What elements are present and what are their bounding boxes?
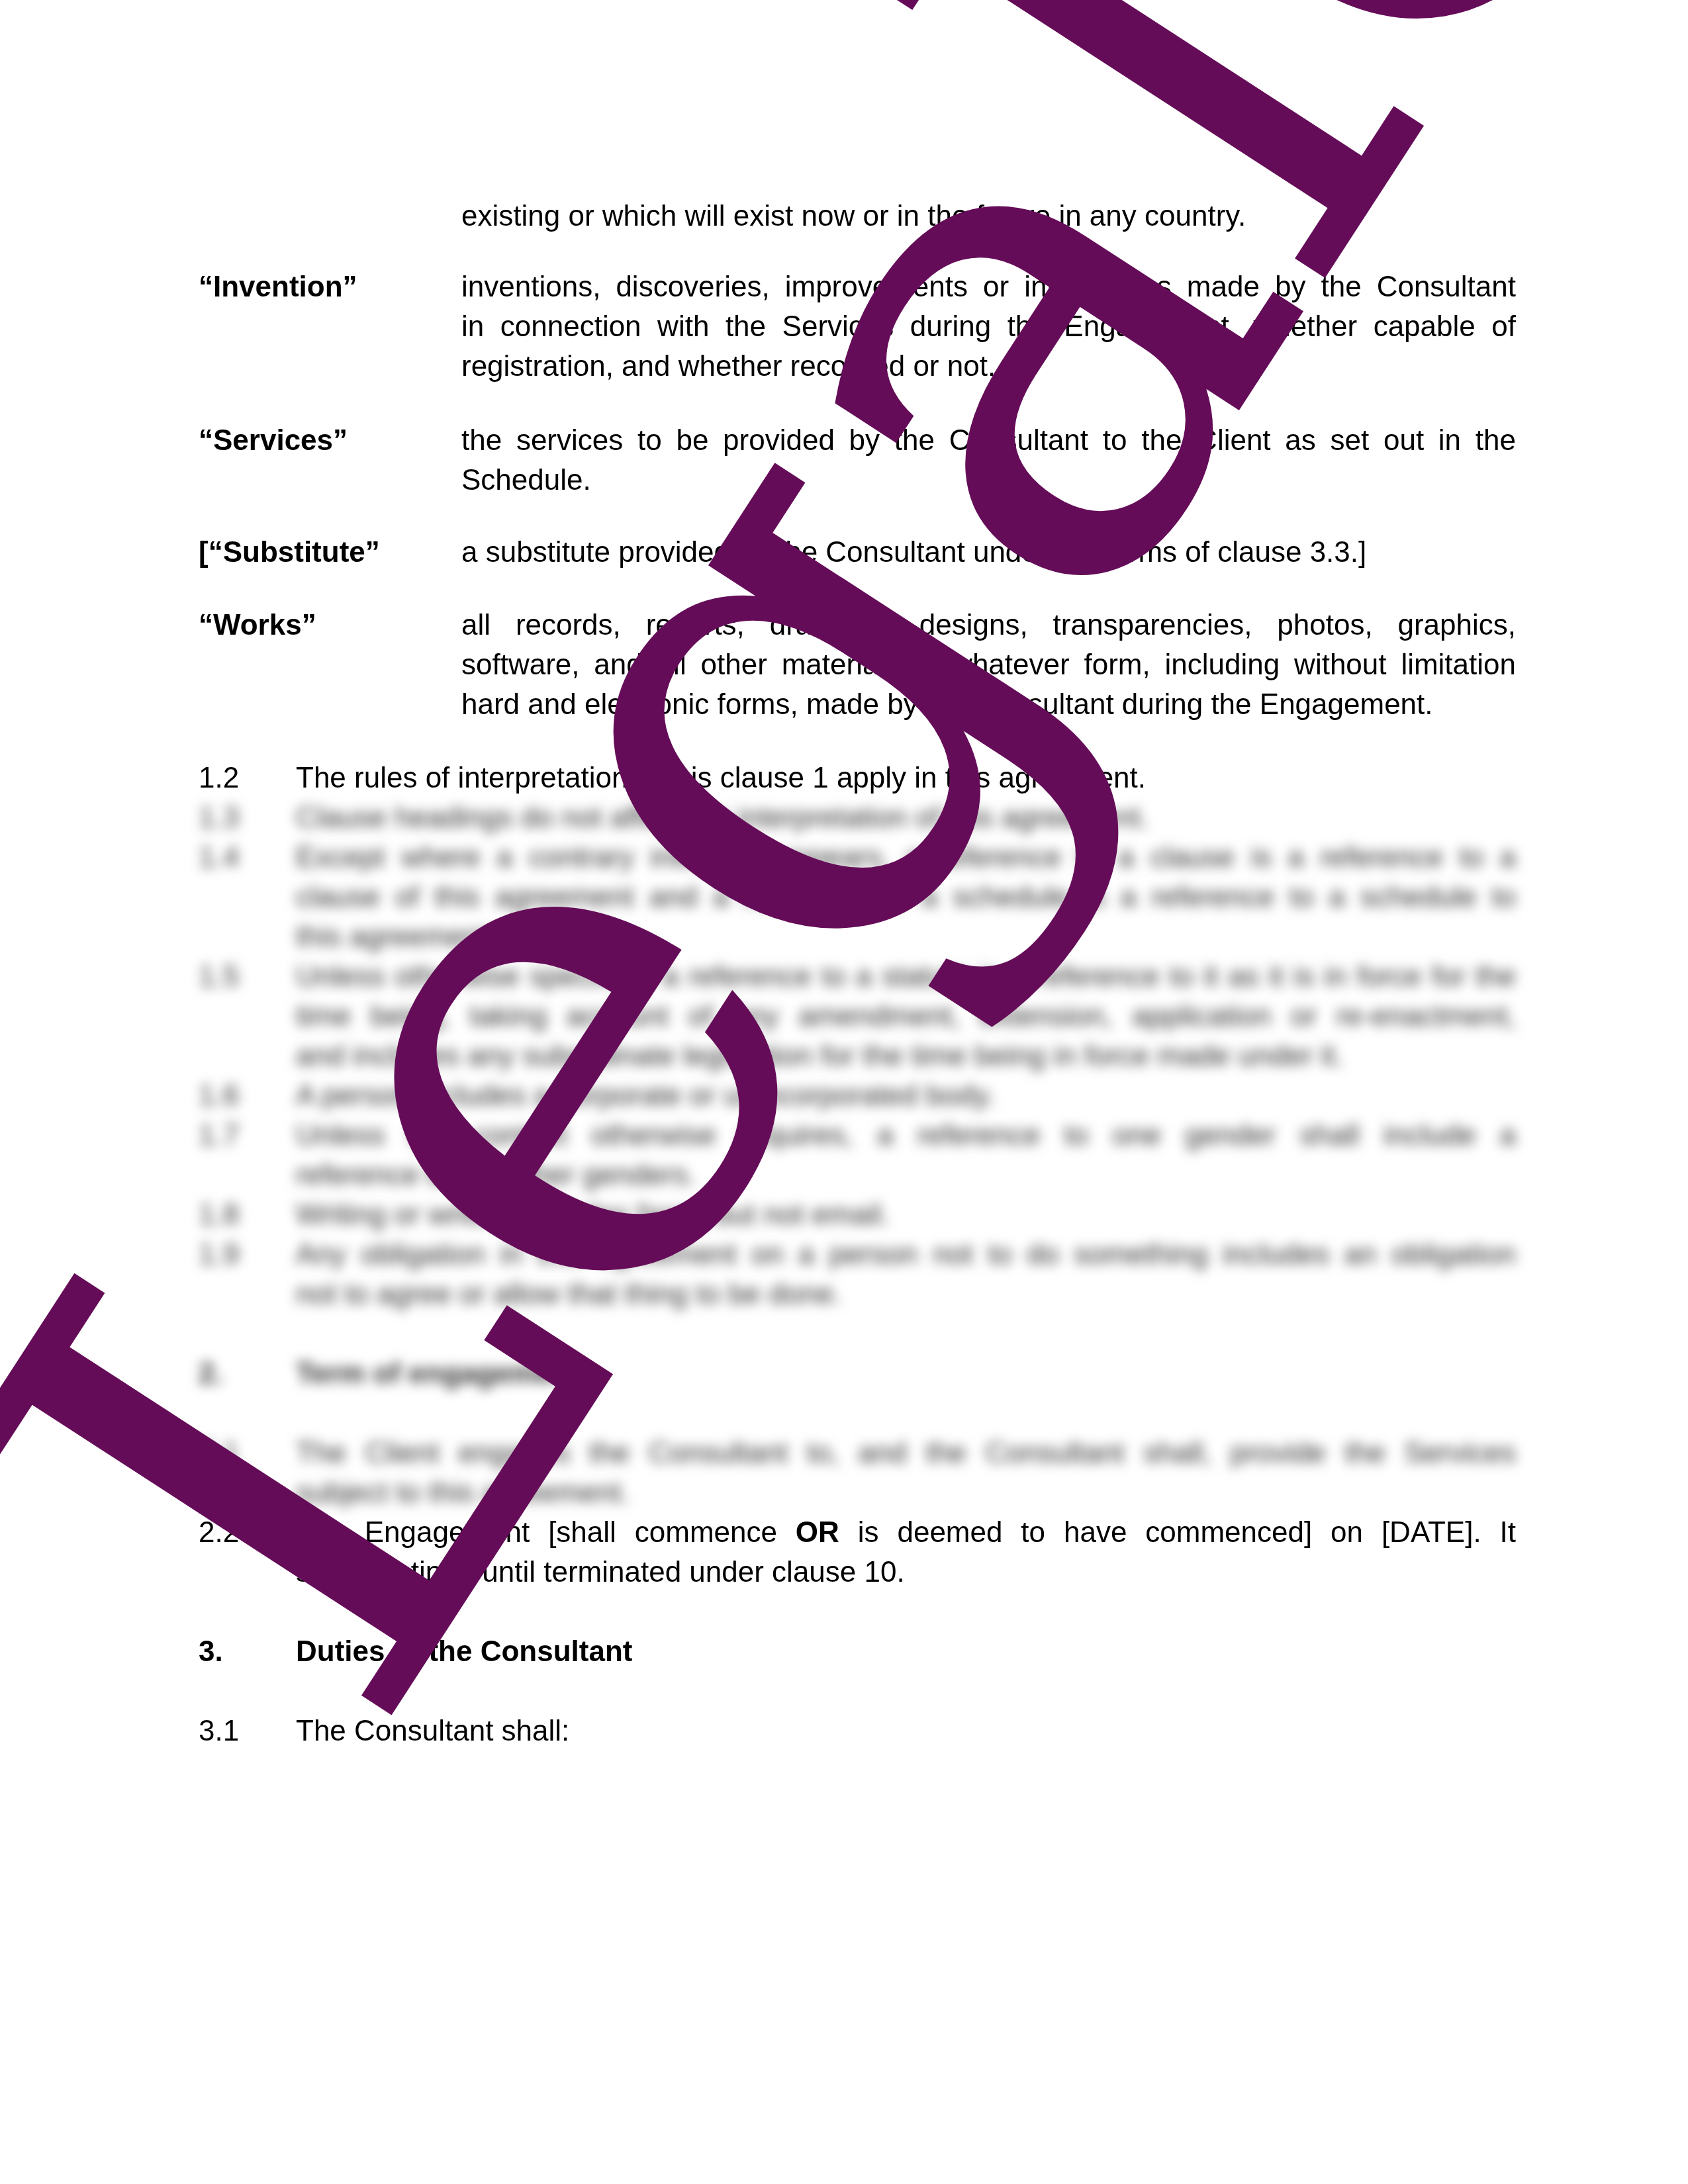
definition-text: a substitute provided by the Consultant … xyxy=(461,533,1516,572)
section-heading: Duties of the Consultant xyxy=(296,1632,1516,1672)
clause-text: not to agree or allow that thing to be d… xyxy=(296,1275,1516,1314)
clause-number: 1.9 xyxy=(199,1235,239,1275)
clause-number: 1.7 xyxy=(199,1116,239,1156)
clause-text: Clause headings do not affect the interp… xyxy=(296,798,1516,838)
clause-number: 1.2 xyxy=(199,758,239,798)
definition-text: Schedule. xyxy=(461,461,1516,500)
section-heading: Term of engagement xyxy=(296,1354,1516,1394)
clause-number: 2.1 xyxy=(199,1433,239,1473)
clause-text: Any obligation in this agreement on a pe… xyxy=(296,1235,1516,1275)
document-page: existing or which will exist now or in t… xyxy=(0,0,1688,2184)
clause-number: 1.8 xyxy=(199,1195,239,1235)
clause-number: 1.3 xyxy=(199,798,239,838)
definition-text: hard and electronic forms, made by the C… xyxy=(461,685,1516,725)
clause-text: Unless the context otherwise requires, a… xyxy=(296,1116,1516,1156)
clause-text: this agreement. xyxy=(296,917,1516,957)
clause-text-part: is deemed to have commenced] on [DATE]. … xyxy=(839,1516,1516,1549)
clause-number: 3.1 xyxy=(199,1711,239,1751)
clause-text: Writing or written includes faxes but no… xyxy=(296,1195,1516,1235)
clause-text-part: The Engagement [shall commence xyxy=(296,1516,796,1549)
clause-text: subject to this agreement. xyxy=(296,1473,1516,1513)
clause-number: 2.2 xyxy=(199,1513,239,1553)
definition-term-services: “Services” xyxy=(199,421,348,461)
definition-term-works: “Works” xyxy=(199,606,316,645)
clause-number: 1.5 xyxy=(199,957,239,997)
clause-text: shall continue until terminated under cl… xyxy=(296,1553,1516,1592)
definition-text: all records, reports, drawings, designs,… xyxy=(461,606,1516,645)
clause-text: and includes any subordinate legislation… xyxy=(296,1036,1516,1076)
clause-number: 1.6 xyxy=(199,1076,239,1116)
definition-term-invention: “Invention” xyxy=(199,267,357,307)
definition-text: in connection with the Services during t… xyxy=(461,307,1516,347)
clause-text: A person includes a corporate or unincor… xyxy=(296,1076,1516,1116)
clause-text: The Engagement [shall commence OR is dee… xyxy=(296,1513,1516,1553)
clause-text: time being, taking account of any amendm… xyxy=(296,997,1516,1036)
definition-text: inventions, discoveries, improvements or… xyxy=(461,267,1516,307)
definition-continuation: existing or which will exist now or in t… xyxy=(461,197,1516,236)
section-number: 3. xyxy=(199,1632,223,1672)
definition-text: the services to be provided by the Consu… xyxy=(461,421,1516,461)
clause-text: clause of this agreement and a reference… xyxy=(296,878,1516,917)
clause-text: The Consultant shall: xyxy=(296,1711,1516,1751)
clause-text-bold: OR xyxy=(796,1516,839,1549)
section-number: 2. xyxy=(199,1354,223,1394)
clause-number: 1.4 xyxy=(199,838,239,878)
clause-text: reference to the other genders. xyxy=(296,1156,1516,1195)
definition-text: software, and all other materials in wha… xyxy=(461,645,1516,685)
definition-term-substitute: [“Substitute” xyxy=(199,533,380,572)
clause-text: Except where a contrary intention appear… xyxy=(296,838,1516,878)
definition-text: registration, and whether recorded or no… xyxy=(461,347,1516,387)
clause-text: Unless otherwise specified, a reference … xyxy=(296,957,1516,997)
clause-text: The rules of interpretation in this clau… xyxy=(296,758,1516,798)
clause-text: The Client engages the Consultant to, an… xyxy=(296,1433,1516,1473)
